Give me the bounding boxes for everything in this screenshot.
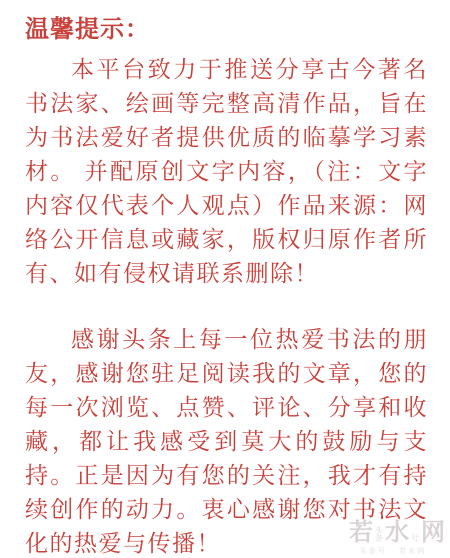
watermark-logo: 若 头条 水 号 网	[341, 521, 445, 545]
watermark-char-1: 若	[349, 521, 373, 545]
watermark-char-2: 水	[385, 521, 409, 545]
page: 温馨提示： 本平台致力于推送分享古今著名书法家、绘画等完整高清作品，旨在为书法爱…	[0, 0, 450, 558]
watermark: 若 头条 水 号 网 头条号 · 若水网	[341, 521, 445, 555]
watermark-char-3: 网	[421, 521, 445, 545]
notice-article: 温馨提示： 本平台致力于推送分享古今著名书法家、绘画等完整高清作品，旨在为书法爱…	[0, 0, 450, 558]
notice-heading: 温馨提示：	[25, 13, 428, 46]
watermark-badge-2: 号	[410, 535, 420, 545]
notice-paragraph-1: 本平台致力于推送分享古今著名书法家、绘画等完整高清作品，旨在为书法爱好者提供优质…	[25, 52, 428, 290]
watermark-badge-1: 头条	[374, 527, 384, 545]
watermark-subtext: 头条号 · 若水网	[341, 548, 445, 555]
